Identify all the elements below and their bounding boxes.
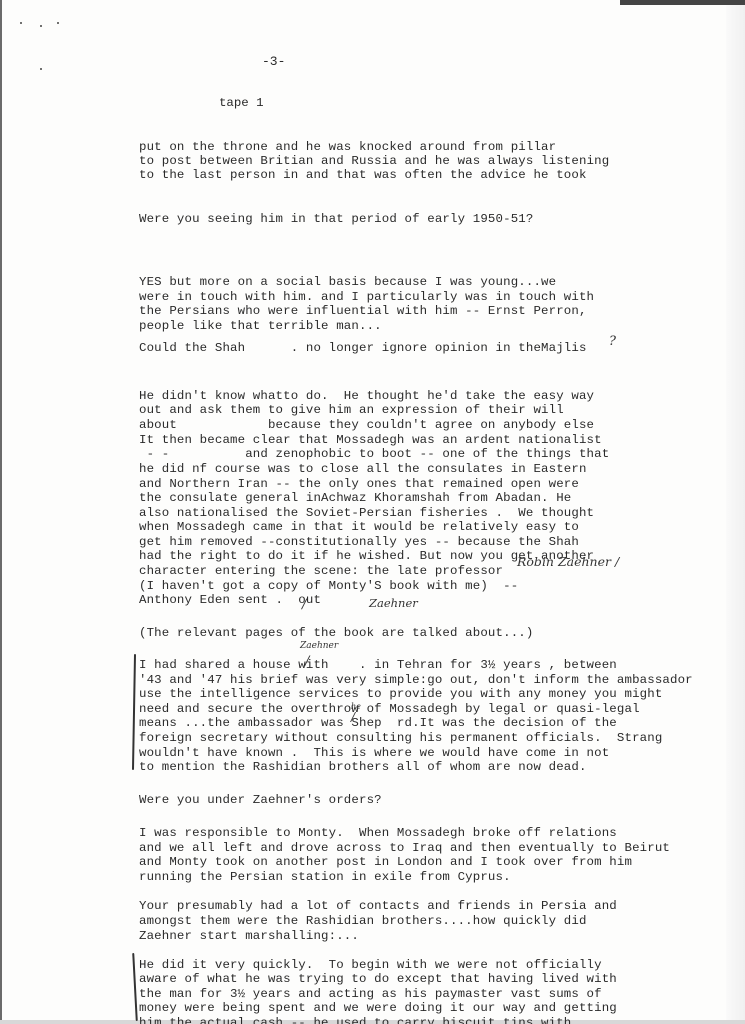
transcript-line: people like that terrible man...	[139, 319, 382, 334]
handwritten-house-name: Zaehner	[300, 641, 338, 651]
transcript-line: He did it very quickly. To begin with we…	[139, 958, 602, 973]
transcript-line: (The relevant pages of the book are talk…	[139, 626, 533, 641]
transcript-line: aware of what he was trying to do except…	[139, 972, 617, 987]
transcript-line: Zaehner start marshalling:...	[139, 929, 359, 944]
transcript-line: to mention the Rashidian brothers all of…	[139, 760, 587, 775]
transcript-line: He didn't know whatto do. He thought he'…	[139, 389, 594, 404]
transcript-line: and Northern Iran -- the only ones that …	[139, 477, 579, 492]
transcript-line: he did nf course was to close all the co…	[139, 462, 587, 477]
transcript-line: (I haven't got a copy of Monty'S book wi…	[139, 579, 518, 594]
transcript-line: running the Persian station in exile fro…	[139, 870, 511, 885]
section-label: tape 1	[219, 96, 264, 110]
transcript-line: when Mossadegh came in that it would be …	[139, 520, 579, 535]
transcript-line: and we all left and drove across to Iraq…	[139, 841, 670, 856]
transcript-line: Could the Shah . no longer ignore opinio…	[139, 341, 587, 356]
transcript-line: use the intelligence services to provide…	[139, 687, 662, 702]
transcript-line: get him removed --constitutionally yes -…	[139, 535, 579, 550]
transcript-line: Your presumably had a lot of contacts an…	[139, 899, 617, 914]
scanned-page: -3- tape 1 put on the throne and he was …	[0, 0, 745, 1024]
speck	[20, 22, 22, 24]
transcript-line: It then became clear that Mossadegh was …	[139, 433, 602, 448]
handwritten-eden-name: Zaehner	[369, 596, 418, 610]
transcript-line: and Monty took on another post in London…	[139, 855, 632, 870]
transcript-line: I had shared a house with . in Tehran fo…	[139, 658, 617, 673]
transcript-line: also nationalised the Soviet-Persian fis…	[139, 506, 594, 521]
transcript-line: wouldn't have known . This is where we w…	[139, 746, 609, 761]
scan-right-shadow	[726, 0, 745, 1024]
transcript-line: the consulate general inAchwaz Khoramsha…	[139, 491, 571, 506]
transcript-line: money were being spent and we were doing…	[139, 1001, 617, 1016]
transcript-line: about because they couldn't agree on any…	[139, 418, 594, 433]
transcript-line: character entering the scene: the late p…	[139, 564, 503, 579]
transcript-line: out and ask them to give him an expressi…	[139, 403, 564, 418]
transcript-line: the Persians who were influential with h…	[139, 304, 587, 319]
transcript-line: Were you under Zaehner's orders?	[139, 793, 382, 808]
transcript-line: to the last person in and that was often…	[139, 168, 587, 183]
transcript-line: need and secure the overthrow of Mossade…	[139, 702, 640, 717]
transcript-line: - - and zenophobic to boot -- one of the…	[139, 447, 609, 462]
transcript-line: YES but more on a social basis because I…	[139, 275, 556, 290]
handwritten-house-mark: /	[305, 654, 309, 669]
transcript-line: put on the throne and he was knocked aro…	[139, 140, 556, 155]
transcript-line: foreign secretary without consulting his…	[139, 731, 662, 746]
handwritten-shepherd-mark: /	[351, 710, 355, 724]
transcript-line: Were you seeing him in that period of ea…	[139, 212, 533, 227]
margin-bracket-bar	[132, 654, 136, 770]
transcript-line: '43 and '47 his brief was very simple:go…	[139, 673, 693, 688]
speck	[57, 22, 59, 24]
transcript-line: the man for 3½ years and acting as his p…	[139, 987, 602, 1002]
margin-bracket-bar	[132, 953, 137, 1021]
handwritten-eden-mark: /	[302, 597, 306, 612]
handwritten-professor-name: Robin Zaehner /	[517, 554, 619, 569]
speck	[40, 25, 42, 27]
transcript-line: amongst them were the Rashidian brothers…	[139, 914, 587, 929]
transcript-line: I was responsible to Monty. When Mossade…	[139, 826, 617, 841]
scan-left-edge	[0, 0, 2, 1024]
transcript-line: to post between Britian and Russia and h…	[139, 154, 609, 169]
speck	[40, 68, 42, 70]
scan-top-edge	[620, 0, 745, 5]
transcript-line: means ...the ambassador was Shep rd.It w…	[139, 716, 617, 731]
handwritten-majlis-query: ?	[609, 334, 616, 349]
transcript-line: him the actual cash -- he used to carry …	[139, 1016, 571, 1024]
page-number: -3-	[262, 54, 285, 69]
transcript-line: Anthony Eden sent . out	[139, 593, 321, 608]
transcript-line: were in touch with him. and I particular…	[139, 290, 594, 305]
